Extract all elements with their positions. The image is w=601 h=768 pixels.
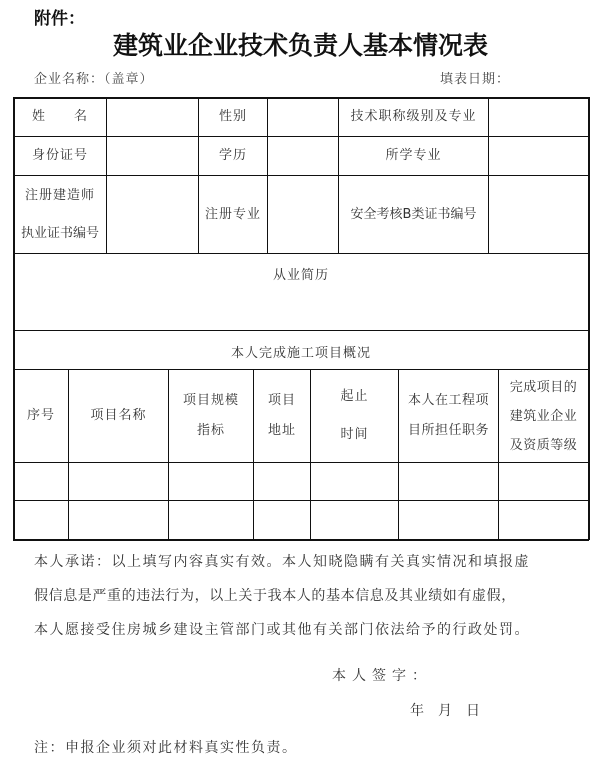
col-header-company-qualification: 完成项目的 建筑业企业 及资质等级 — [499, 370, 588, 462]
table-border-right — [588, 97, 590, 540]
pledge-statement: 本人承诺：以上填写内容真实有效。本人知晓隐瞒有关真实情况和填报虚 假信息是严重的… — [34, 545, 594, 647]
fill-date-label: 填表日期： — [440, 68, 510, 87]
pledge-line-3: 本人愿接受住房城乡建设主管部门或其他有关部门依法给予的行政处罚。 — [34, 613, 594, 647]
project-cell[interactable] — [69, 501, 168, 539]
name-field[interactable] — [107, 98, 198, 136]
project-cell[interactable] — [69, 463, 168, 500]
career-label: 从业简历 — [273, 266, 329, 286]
project-cell[interactable] — [14, 501, 68, 539]
education-field[interactable] — [268, 137, 338, 175]
career-section[interactable]: 从业简历 — [14, 254, 588, 330]
col-header-role: 本人在工程项 目所担任职务 — [399, 370, 498, 462]
cert-label-line1: 注册建造师 — [25, 177, 95, 215]
project-cell[interactable] — [254, 463, 310, 500]
cert-field[interactable] — [107, 176, 198, 253]
col-header-project-name: 项目名称 — [69, 370, 168, 462]
education-label: 学历 — [199, 137, 267, 175]
title-level-label: 技术职称级别及专业 — [339, 98, 488, 136]
project-cell[interactable] — [169, 501, 253, 539]
cert-label-line2: 执业证书编号 — [21, 215, 99, 253]
safety-cert-label: 安全考核B类证书编号 — [339, 176, 488, 253]
id-label: 身份证号 — [14, 137, 106, 175]
major-field[interactable] — [489, 137, 588, 175]
project-cell[interactable] — [499, 463, 588, 500]
document-title: 建筑业企业技术负责人基本情况表 — [0, 26, 601, 62]
project-cell[interactable] — [399, 501, 498, 539]
project-cell[interactable] — [499, 501, 588, 539]
col-header-period: 起止 时间 — [311, 370, 398, 462]
project-cell[interactable] — [311, 463, 398, 500]
project-cell[interactable] — [311, 501, 398, 539]
safety-cert-field[interactable] — [489, 176, 588, 253]
title-level-field[interactable] — [489, 98, 588, 136]
pledge-line-1: 本人承诺：以上填写内容真实有效。本人知晓隐瞒有关真实情况和填报虚 — [34, 545, 594, 579]
col-header-address: 项目 地址 — [254, 370, 310, 462]
reg-major-label: 注册专业 — [199, 176, 267, 253]
col-header-scale: 项目规模 指标 — [169, 370, 253, 462]
pledge-line-2: 假信息是严重的违法行为，以上关于我本人的基本信息及其业绩如有虚假， — [34, 579, 594, 613]
project-cell[interactable] — [14, 463, 68, 500]
reg-major-field[interactable] — [268, 176, 338, 253]
id-field[interactable] — [107, 137, 198, 175]
company-name-label: 企业名称：（盖章） — [34, 68, 154, 87]
projects-section-title: 本人完成施工项目概况 — [14, 331, 588, 369]
footer-note: 注：申报企业须对此材料真实性负责。 — [34, 737, 298, 757]
gender-label: 性别 — [199, 98, 267, 136]
table-border-bottom — [13, 539, 589, 541]
cert-label: 注册建造师 执业证书编号 — [14, 176, 106, 253]
name-label: 姓 名 — [14, 98, 106, 136]
project-cell[interactable] — [169, 463, 253, 500]
signature-date-label: 年 月 日 — [410, 700, 480, 720]
signature-label: 本人签字： — [332, 665, 432, 685]
major-label: 所学专业 — [339, 137, 488, 175]
project-cell[interactable] — [254, 501, 310, 539]
project-cell[interactable] — [399, 463, 498, 500]
gender-field[interactable] — [268, 98, 338, 136]
col-header-index: 序号 — [14, 370, 68, 462]
